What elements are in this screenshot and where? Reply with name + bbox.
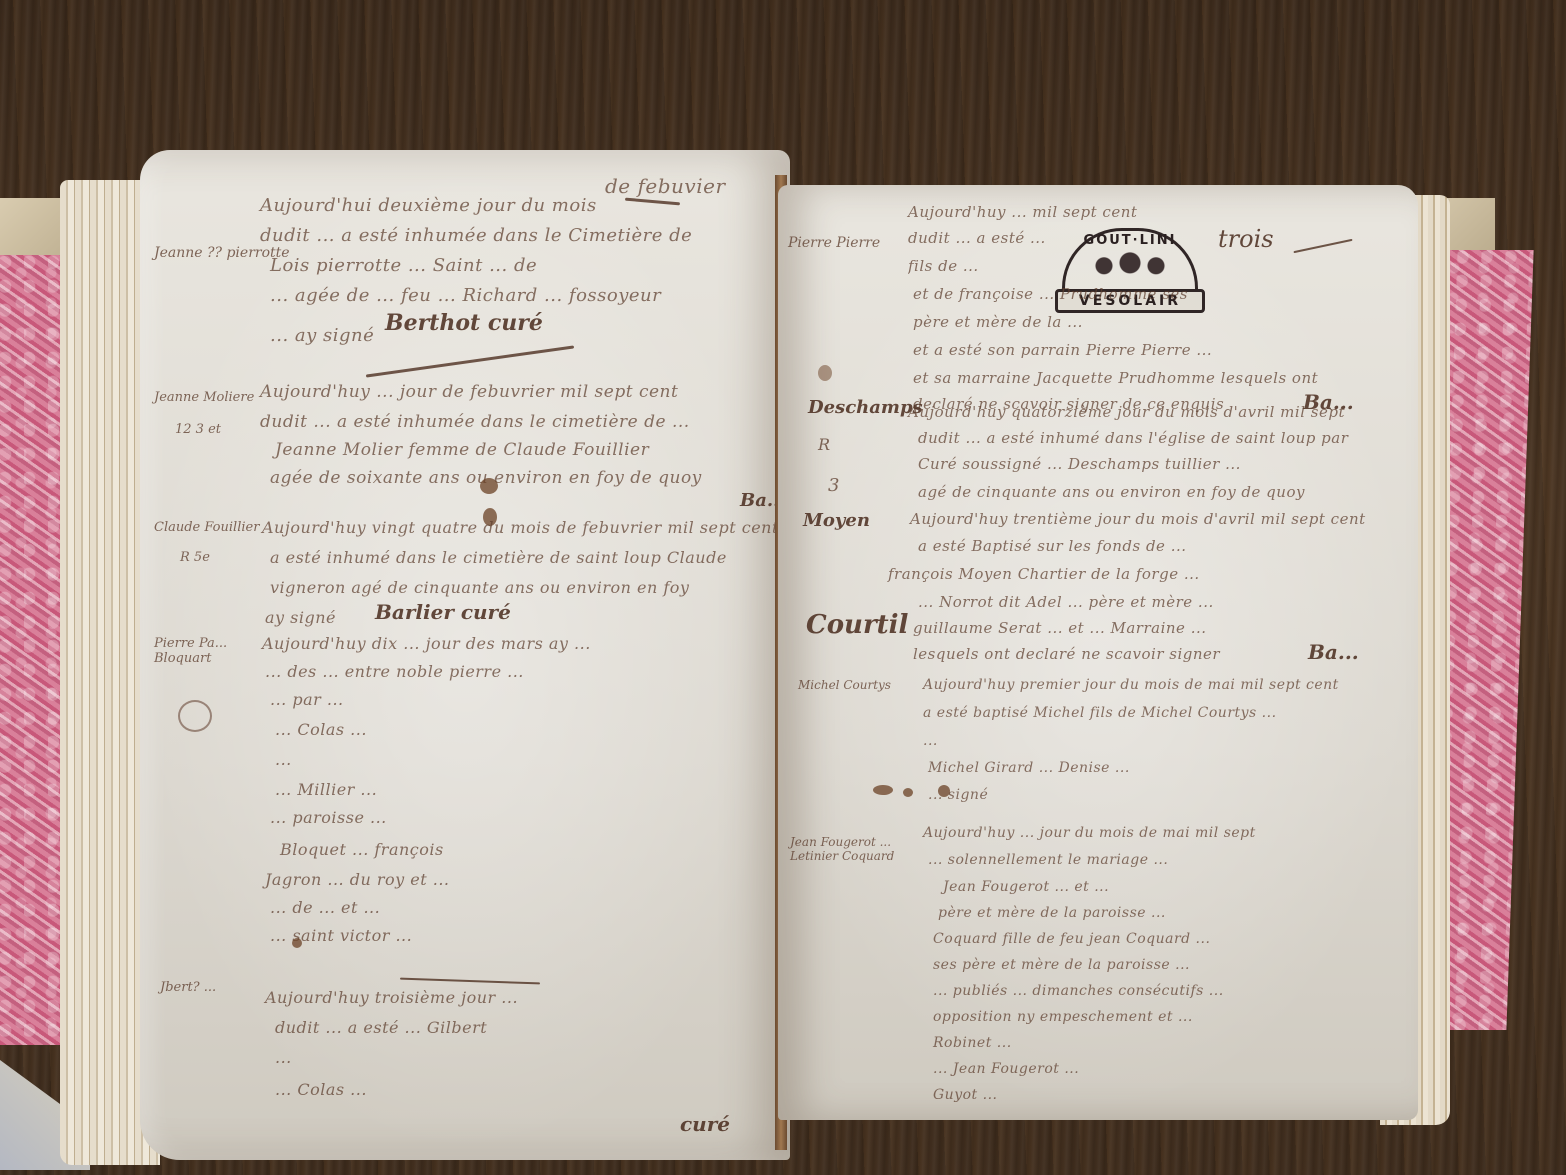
margin-name: Michel Courtys [798, 678, 891, 692]
entry-line: françois Moyen Chartier de la forge ... [888, 565, 1200, 583]
entry-line: ... agée de ... feu ... Richard ... foss… [270, 285, 661, 306]
entry-line: Aujourd'huy ... jour de febuvrier mil se… [260, 382, 678, 402]
entry-line: Guyot ... [933, 1087, 997, 1103]
signature: Ba... [1308, 640, 1359, 664]
entry-line: Aujourd'huy ... jour du mois de mai mil … [923, 825, 1256, 841]
entry-line: Aujourd'huy quatorzième jour du mois d'a… [908, 403, 1345, 421]
ink-stain [873, 785, 893, 795]
entry-line: Robinet ... [933, 1035, 1012, 1051]
entry-line: ... Norrot dit Adel ... père et mère ... [918, 593, 1214, 611]
entry-line: a esté baptisé Michel fils de Michel Cou… [923, 705, 1277, 721]
page-number-word: trois [1218, 225, 1274, 253]
margin-name: Jean Fougerot ... Letinier Coquard [790, 835, 910, 863]
signature: curé [680, 1112, 730, 1136]
entry-line: ... Colas ... [275, 720, 367, 739]
entry-line: et a esté son parrain Pierre Pierre ... [913, 341, 1212, 359]
entry-line: Bloquet ... françois [280, 840, 444, 859]
left-page[interactable]: de febuvier Jeanne ?? pierrotte Aujourd'… [140, 150, 790, 1160]
entry-line: agé de cinquante ans ou environ en foy d… [918, 483, 1305, 501]
entry-line: ... [275, 750, 292, 769]
header-flourish [625, 198, 680, 206]
entry-line: ay signé [265, 608, 336, 627]
entry-line: a esté Baptisé sur les fonds de ... [918, 537, 1187, 555]
entry-line: vigneron agé de cinquante ans ou environ… [270, 578, 689, 597]
entry-line: père et mère de la paroisse ... [938, 905, 1166, 921]
margin-name: Claude Fouillier [154, 520, 259, 535]
signature: Barlier curé [375, 600, 511, 624]
courtil-signature: Courtil [806, 610, 908, 640]
entry-line: et sa marraine Jacquette Prudhomme lesqu… [913, 369, 1318, 387]
entry-line: ... paroisse ... [270, 808, 387, 827]
entry-line: Aujourd'huy ... mil sept cent [908, 203, 1137, 221]
separator-flourish [400, 978, 540, 985]
ink-stain [903, 788, 913, 797]
ink-stain [818, 365, 832, 381]
margin-name: Jeanne Moliere [154, 390, 254, 405]
entry-line: Coquard fille de feu jean Coquard ... [933, 931, 1210, 947]
margin-name: Jbert? ... [160, 980, 216, 995]
entry-line: Jeanne Molier femme de Claude Fouillier [275, 440, 649, 460]
entry-line: ses père et mère de la paroisse ... [933, 957, 1190, 973]
entry-line: ... solennellement le mariage ... [928, 852, 1168, 868]
entry-line: Aujourd'huy premier jour du mois de mai … [923, 677, 1339, 693]
page-header: de febuvier [605, 174, 726, 198]
ink-scribble [178, 700, 212, 732]
ink-stain [292, 938, 302, 948]
stamp-crown-icon: GOUT·LINI [1062, 228, 1198, 289]
margin-note: 3 [828, 475, 839, 496]
entry-line: fils de ... [908, 257, 979, 275]
margin-name: Pierre Pa... Bloquart [154, 636, 264, 666]
entry-line: ... [275, 1048, 292, 1067]
entry-line: lesquels ont declaré ne scavoir signer [913, 645, 1220, 663]
entry-line: ... Jean Fougerot ... [933, 1061, 1079, 1077]
ink-stain [480, 478, 498, 494]
entry-line: Aujourd'hui deuxième jour du mois [260, 195, 597, 216]
right-page[interactable]: GOUT·LINI VESOLAIR trois Pierre Pierre A… [778, 185, 1418, 1120]
margin-note: R 5e [180, 550, 210, 565]
margin-note: R [818, 435, 830, 454]
stamp-top-text: GOUT·LINI [1065, 233, 1195, 248]
entry-line: Jean Fougerot ... et ... [943, 879, 1109, 895]
margin-note: 12 3 et [175, 422, 221, 437]
entry-line: ... des ... entre noble pierre ... [265, 662, 524, 681]
signature: Berthot curé [385, 310, 543, 336]
entry-line: ... ay signé [270, 325, 374, 346]
entry-line: Aujourd'huy troisième jour ... [265, 988, 518, 1007]
entry-line: Lois pierrotte ... Saint ... de [270, 255, 537, 276]
entry-line: dudit ... a esté inhumée dans le Cimetiè… [260, 225, 692, 246]
margin-name: Moyen [803, 510, 870, 531]
entry-line: opposition ny empeschement et ... [933, 1009, 1193, 1025]
entry-line: ... Colas ... [275, 1080, 367, 1099]
entry-line: ... Millier ... [275, 780, 377, 799]
entry-line: Michel Girard ... Denise ... [928, 760, 1130, 776]
entry-line: ... publiés ... dimanches consécutifs ..… [933, 983, 1224, 999]
entry-line: ... [923, 733, 938, 749]
separator-flourish [366, 345, 574, 377]
entry-line: ... par ... [270, 690, 344, 709]
entry-line: Aujourd'huy dix ... jour des mars ay ... [262, 634, 591, 653]
entry-line: Jagron ... du roy et ... [265, 870, 450, 889]
entry-line: Curé soussigné ... Deschamps tuillier ..… [918, 455, 1241, 473]
entry-line: dudit ... a esté inhumée dans le cimetiè… [260, 412, 690, 432]
margin-name: Pierre Pierre [788, 235, 880, 251]
entry-line: dudit ... a esté inhumé dans l'église de… [918, 429, 1348, 447]
margin-name: Deschamps [808, 397, 923, 418]
entry-line: dudit ... a esté ... [908, 229, 1046, 247]
tax-stamp: GOUT·LINI VESOLAIR [1055, 228, 1205, 320]
entry-line: père et mère de la ... [913, 313, 1083, 331]
entry-line: ... de ... et ... [270, 898, 380, 917]
entry-line: et de françoise ... Prudhomme ses [913, 285, 1188, 303]
entry-line: Aujourd'huy vingt quatre du mois de febu… [262, 518, 779, 537]
paraph-flourish [1293, 239, 1352, 253]
entry-line: a esté inhumé dans le cimetière de saint… [270, 548, 727, 567]
entry-line: Aujourd'huy trentième jour du mois d'avr… [910, 510, 1366, 528]
entry-line: guillaume Serat ... et ... Marraine ... [913, 619, 1207, 637]
ink-stain [938, 785, 950, 797]
entry-line: dudit ... a esté ... Gilbert [275, 1018, 487, 1037]
